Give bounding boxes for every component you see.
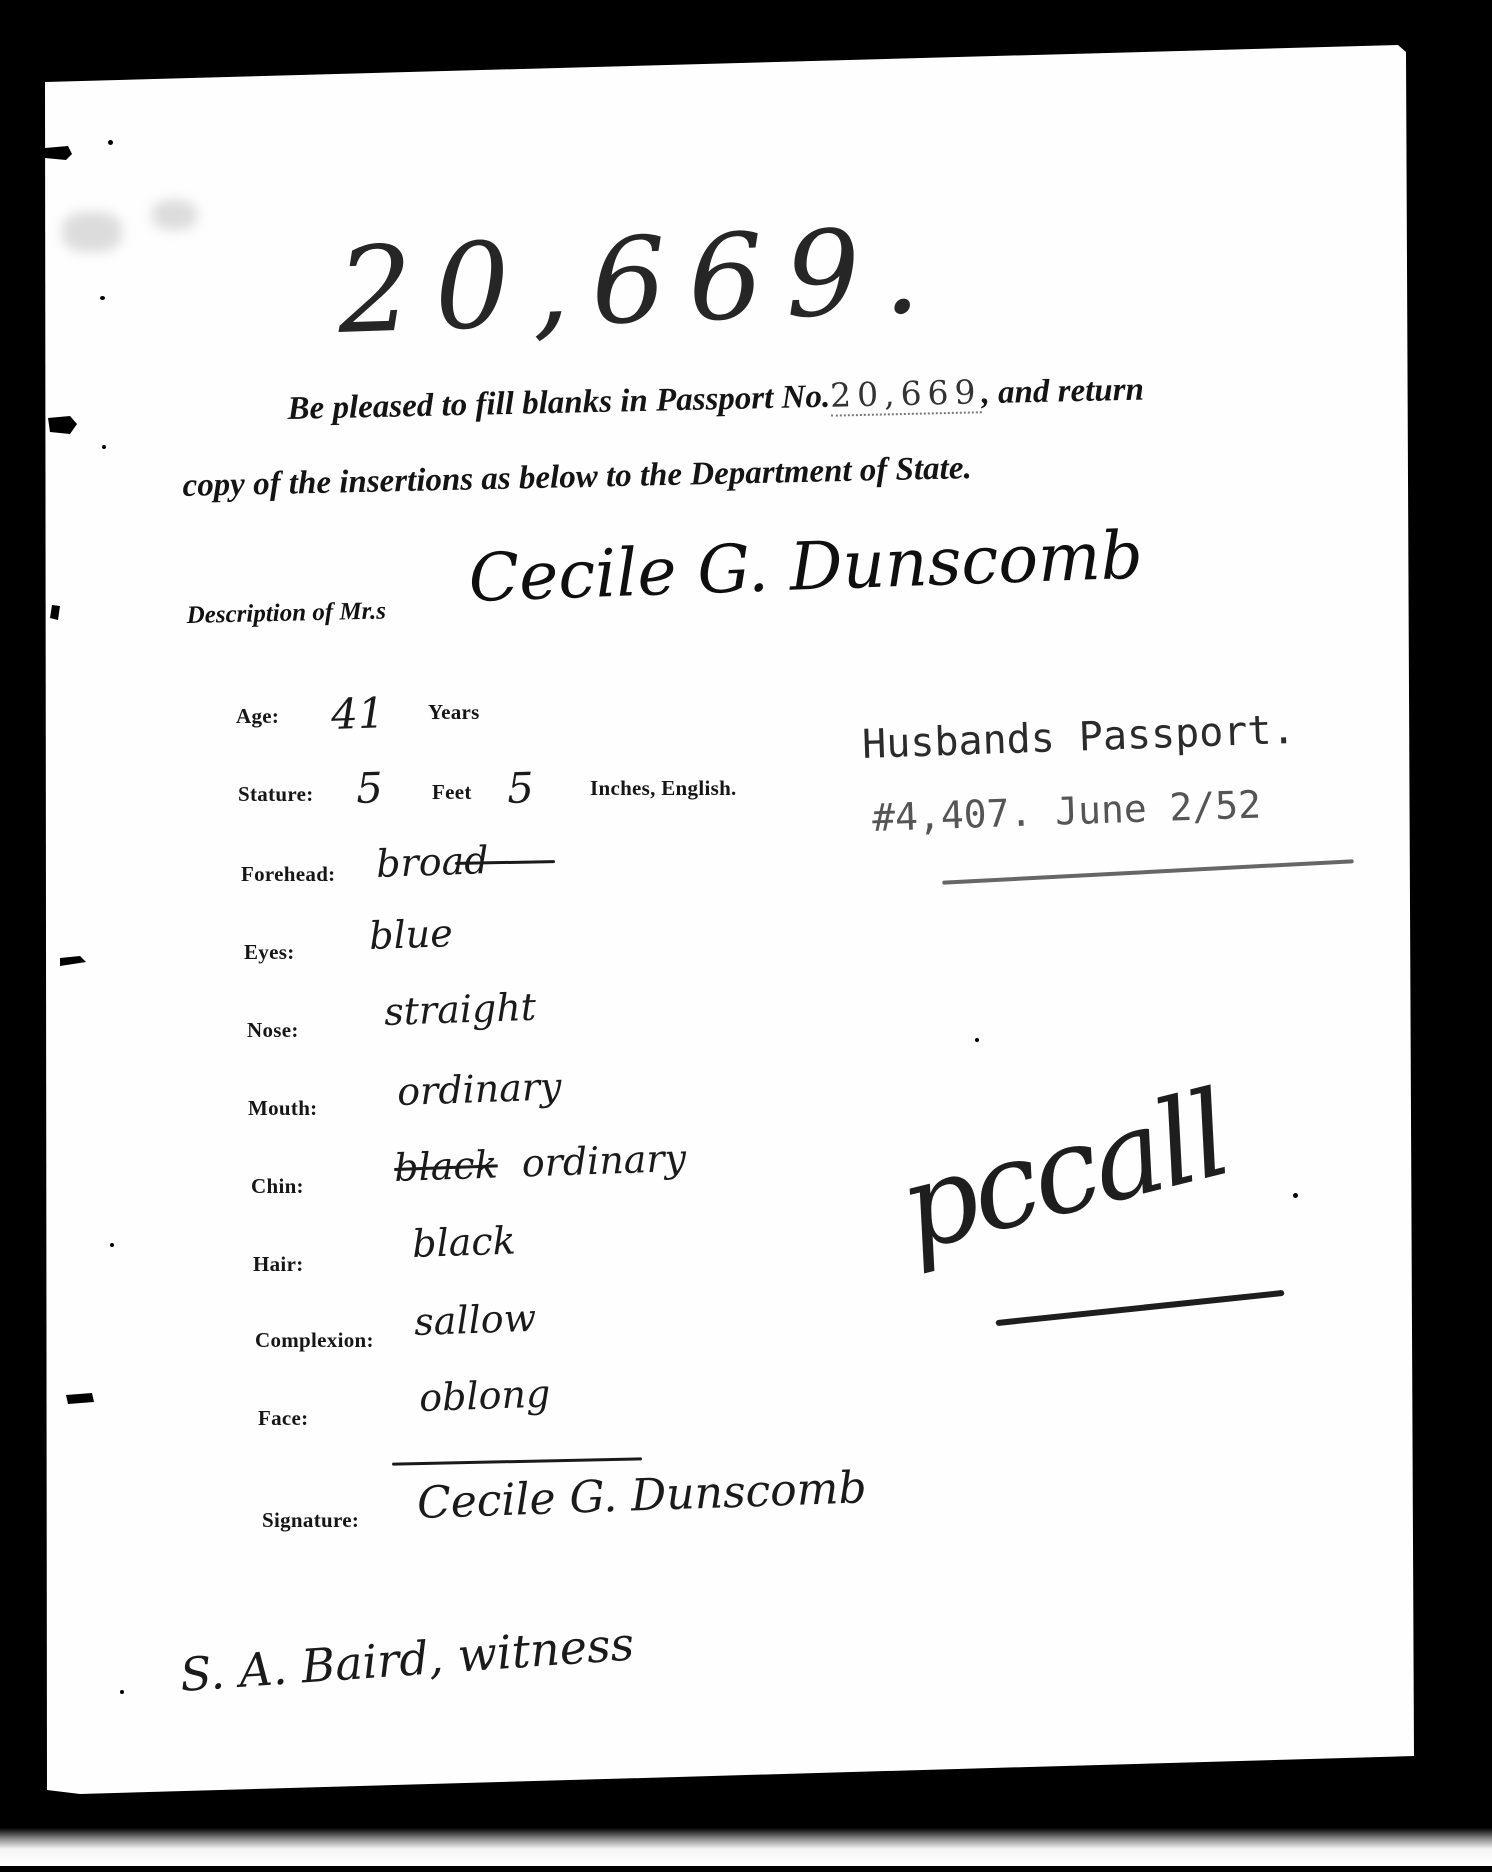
- complexion-value: sallow: [413, 1296, 536, 1344]
- speck: [108, 140, 113, 145]
- mouth-value: ordinary: [396, 1064, 562, 1114]
- speck: [110, 1243, 114, 1247]
- hair-value: black: [411, 1218, 516, 1266]
- smudge: [152, 200, 197, 230]
- stature-feet-value: 5: [355, 763, 383, 813]
- description-label: Description of Mr.s: [186, 597, 386, 630]
- instruction-suffix: , and return: [981, 372, 1144, 412]
- eyes-label: Eyes:: [244, 940, 295, 965]
- speck: [100, 296, 105, 300]
- passport-number-fill: 20,669: [830, 372, 982, 416]
- stature-inches-unit: Inches, English.: [590, 776, 737, 801]
- mouth-label: Mouth:: [248, 1096, 317, 1121]
- speck: [1293, 1193, 1298, 1198]
- stature-feet-unit: Feet: [432, 780, 472, 805]
- face-value: oblong: [418, 1371, 551, 1420]
- face-label: Face:: [258, 1406, 308, 1431]
- stature-label: Stature:: [238, 782, 314, 807]
- nose-value: straight: [383, 985, 536, 1034]
- forehead-label: Forehead:: [241, 862, 335, 887]
- age-value: 41: [330, 688, 385, 739]
- passport-number-header: 20,669.: [335, 201, 944, 360]
- hair-label: Hair:: [253, 1252, 303, 1277]
- chin-label: Chin:: [251, 1174, 304, 1199]
- nose-label: Nose:: [247, 1018, 299, 1043]
- speck: [120, 1690, 124, 1694]
- speck: [102, 445, 106, 449]
- age-label: Age:: [236, 704, 279, 729]
- signature-label: Signature:: [262, 1508, 359, 1533]
- age-unit: Years: [428, 700, 480, 725]
- stature-inches-value: 5: [506, 763, 534, 813]
- complexion-label: Complexion:: [255, 1328, 374, 1353]
- eyes-value: blue: [368, 911, 453, 958]
- smudge: [62, 212, 122, 252]
- chin-struck-value: black: [393, 1142, 498, 1190]
- speck: [975, 1038, 979, 1042]
- chin-corrected-value: ordinary: [521, 1136, 687, 1186]
